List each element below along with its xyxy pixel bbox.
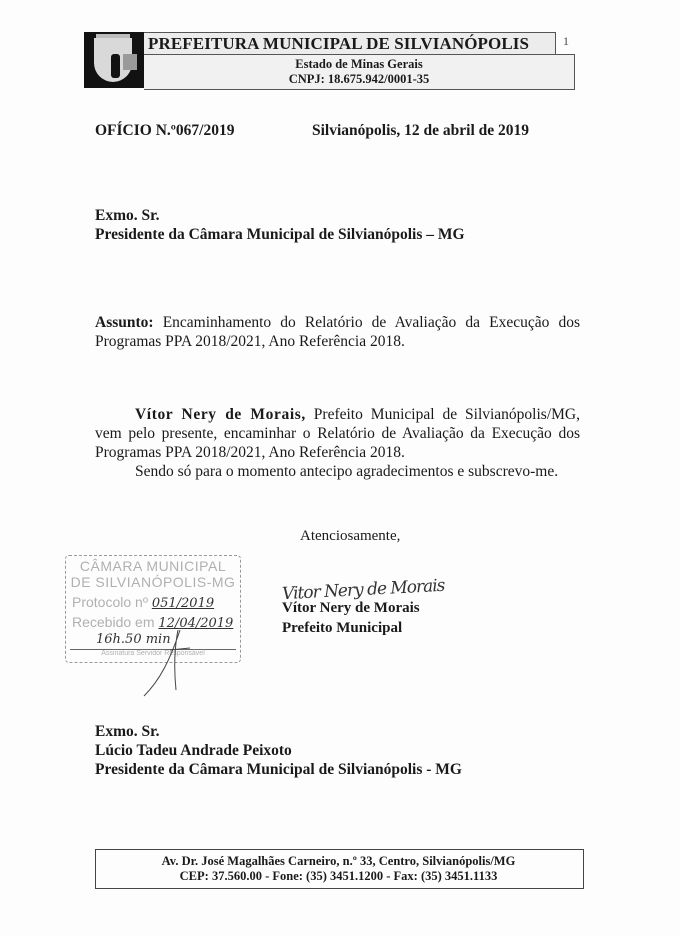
stamp-protocolo: Protocolo nº 051/2019 [72, 594, 214, 611]
recipient-title: Presidente da Câmara Municipal de Silvia… [95, 760, 462, 779]
coat-of-arms-logo [84, 32, 144, 88]
closing: Atenciosamente, [300, 528, 400, 545]
crest-shield-icon [94, 38, 132, 82]
header-state: Estado de Minas Gerais [144, 57, 574, 72]
footer-address: Av. Dr. José Magalhães Carneiro, n.º 33,… [95, 854, 582, 869]
letter-date: Silvianópolis, 12 de abril de 2019 [312, 122, 529, 140]
header-cnpj: CNPJ: 18.675.942/0001-35 [144, 72, 574, 87]
page-number: 1 [563, 34, 569, 49]
header-title: PREFEITURA MUNICIPAL DE SILVIANÓPOLIS [148, 34, 529, 54]
sender-name: Vítor Nery de Morais, [135, 406, 306, 423]
addressee-salutation: Exmo. Sr. [95, 206, 465, 225]
addressee-block: Exmo. Sr. Presidente da Câmara Municipal… [95, 206, 465, 244]
footer-contact: CEP: 37.560.00 - Fone: (35) 3451.1200 - … [95, 869, 582, 884]
signer-role: Prefeito Municipal [282, 618, 420, 638]
body-paragraph-2: Sendo só para o momento antecipo agradec… [95, 462, 580, 481]
addressee-title: Presidente da Câmara Municipal de Silvia… [95, 225, 465, 244]
stamp-line-1: CÂMARA MUNICIPAL [66, 558, 240, 574]
signature-block: Vítor Nery de Morais Prefeito Municipal [282, 598, 420, 638]
signer-name: Vítor Nery de Morais [282, 598, 420, 618]
stamp-line-2: DE SILVIANÓPOLIS-MG [66, 574, 240, 590]
letter-number: OFÍCIO N.º067/2019 [95, 122, 234, 140]
subject-label: Assunto: [95, 314, 154, 331]
letter-body: Vítor Nery de Morais, Prefeito Municipal… [95, 405, 580, 481]
recipient-salutation: Exmo. Sr. [95, 722, 462, 741]
body-paragraph-1: Vítor Nery de Morais, Prefeito Municipal… [95, 405, 580, 462]
recipient-block: Exmo. Sr. Lúcio Tadeu Andrade Peixoto Pr… [95, 722, 462, 779]
stamp-signature-scribble [140, 620, 200, 700]
protocolo-value: 051/2019 [152, 596, 214, 611]
subject-text: Encaminhamento do Relatório de Avaliação… [95, 314, 580, 350]
subject-line: Assunto: Encaminhamento do Relatório de … [95, 313, 580, 351]
recipient-name: Lúcio Tadeu Andrade Peixoto [95, 741, 462, 760]
